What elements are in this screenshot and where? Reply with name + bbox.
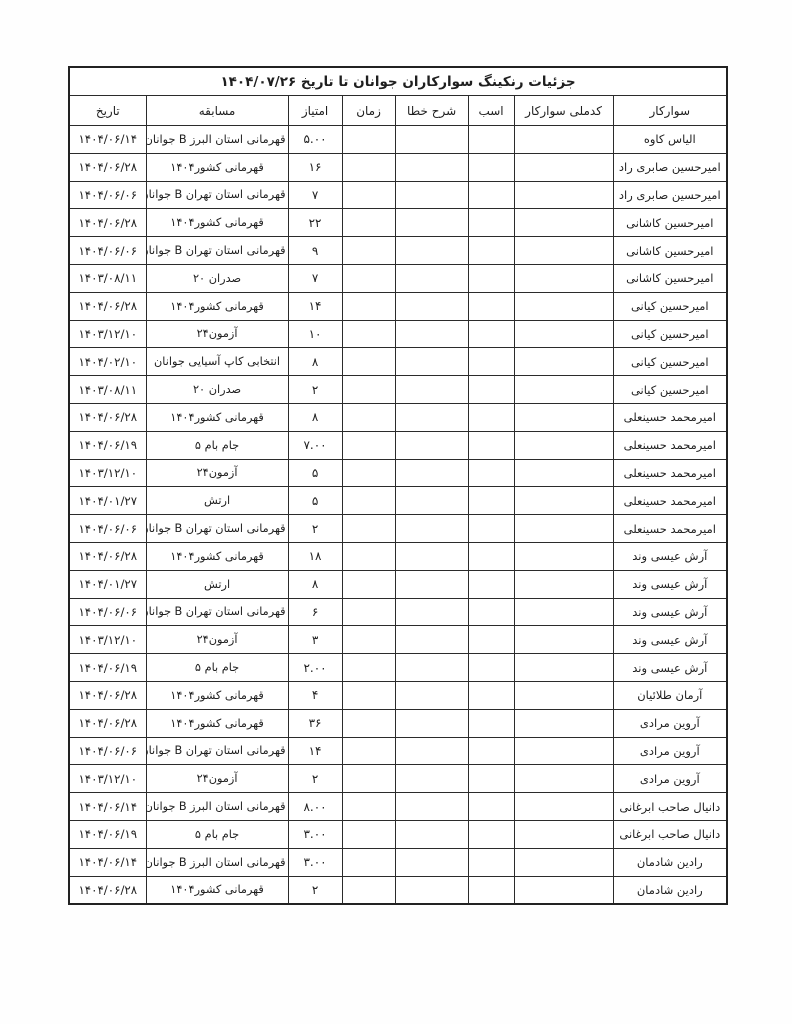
cell-rider: رادین شادمان	[613, 876, 727, 904]
cell-score: ۵	[288, 459, 342, 487]
cell-score: ۸	[288, 348, 342, 376]
cell-fault	[395, 765, 468, 793]
cell-competition: ارتش	[146, 570, 288, 598]
cell-rider: آرش عیسی وند	[613, 598, 727, 626]
cell-date: ۱۴۰۳/۱۲/۱۰	[69, 320, 146, 348]
cell-fault	[395, 264, 468, 292]
cell-time	[342, 237, 395, 265]
cell-national_id	[514, 320, 613, 348]
column-header-time: زمان	[342, 96, 395, 126]
cell-fault	[395, 542, 468, 570]
cell-date: ۱۴۰۴/۰۶/۲۸	[69, 209, 146, 237]
cell-competition: ارتش	[146, 487, 288, 515]
cell-time	[342, 681, 395, 709]
cell-competition: آزمون۲۴	[146, 320, 288, 348]
cell-rider: امیرمحمد حسینعلی	[613, 431, 727, 459]
cell-time	[342, 209, 395, 237]
cell-horse	[468, 709, 514, 737]
cell-competition: قهرمانی کشور۱۴۰۴	[146, 292, 288, 320]
cell-competition: جام بام ۵	[146, 820, 288, 848]
cell-score: ۷	[288, 264, 342, 292]
cell-rider: امیرمحمد حسینعلی	[613, 403, 727, 431]
cell-score: ۴	[288, 681, 342, 709]
cell-score: ۳.۰۰	[288, 820, 342, 848]
cell-competition: قهرمانی استان البرز B جوانان	[146, 848, 288, 876]
cell-fault	[395, 126, 468, 154]
cell-horse	[468, 820, 514, 848]
cell-date: ۱۴۰۳/۱۲/۱۰	[69, 626, 146, 654]
table-row: امیرحسین کاشانی۷صدران ۲۰۱۴۰۳/۰۸/۱۱	[69, 264, 727, 292]
cell-horse	[468, 542, 514, 570]
cell-rider: امیرحسین کیانی	[613, 292, 727, 320]
cell-score: ۳۶	[288, 709, 342, 737]
cell-competition: قهرمانی کشور۱۴۰۴	[146, 709, 288, 737]
cell-time	[342, 820, 395, 848]
cell-horse	[468, 376, 514, 404]
cell-score: ۲.۰۰	[288, 654, 342, 682]
cell-rider: آرش عیسی وند	[613, 626, 727, 654]
cell-competition: آزمون۲۴	[146, 459, 288, 487]
document-page: جزئیات رنکینگ سوارکاران جوانان تا تاریخ …	[0, 0, 792, 1024]
cell-competition: قهرمانی استان تهران B جوانان	[146, 237, 288, 265]
cell-horse	[468, 765, 514, 793]
table-row: رادین شادمان۲قهرمانی کشور۱۴۰۴۱۴۰۴/۰۶/۲۸	[69, 876, 727, 904]
cell-rider: آروین مرادی	[613, 765, 727, 793]
cell-score: ۱۴	[288, 737, 342, 765]
cell-national_id	[514, 487, 613, 515]
table-title: جزئیات رنکینگ سوارکاران جوانان تا تاریخ …	[69, 67, 727, 96]
cell-score: ۷.۰۰	[288, 431, 342, 459]
table-row: آروین مرادی۱۴قهرمانی استان تهران B جوانا…	[69, 737, 727, 765]
cell-score: ۱۸	[288, 542, 342, 570]
cell-time	[342, 848, 395, 876]
cell-rider: الیاس کاوه	[613, 126, 727, 154]
cell-rider: امیرمحمد حسینعلی	[613, 515, 727, 543]
cell-fault	[395, 292, 468, 320]
table-row: امیرحسین کیانی۸انتخابی کاپ آسیایی جوانان…	[69, 348, 727, 376]
cell-national_id	[514, 542, 613, 570]
cell-national_id	[514, 237, 613, 265]
cell-time	[342, 793, 395, 821]
cell-fault	[395, 431, 468, 459]
cell-rider: آرمان طلائیان	[613, 681, 727, 709]
cell-competition: قهرمانی استان تهران B جوانان	[146, 515, 288, 543]
cell-competition: جام بام ۵	[146, 654, 288, 682]
table-row: آرش عیسی وند۸ارتش۱۴۰۴/۰۱/۲۷	[69, 570, 727, 598]
cell-rider: امیرمحمد حسینعلی	[613, 487, 727, 515]
cell-score: ۲	[288, 876, 342, 904]
cell-horse	[468, 487, 514, 515]
cell-national_id	[514, 570, 613, 598]
cell-date: ۱۴۰۴/۰۱/۲۷	[69, 570, 146, 598]
cell-rider: آرش عیسی وند	[613, 542, 727, 570]
cell-date: ۱۴۰۴/۰۲/۱۰	[69, 348, 146, 376]
table-row: آرمان طلائیان۴قهرمانی کشور۱۴۰۴۱۴۰۴/۰۶/۲۸	[69, 681, 727, 709]
cell-fault	[395, 681, 468, 709]
cell-time	[342, 542, 395, 570]
cell-score: ۸	[288, 403, 342, 431]
cell-fault	[395, 709, 468, 737]
cell-horse	[468, 264, 514, 292]
cell-time	[342, 126, 395, 154]
cell-score: ۲	[288, 515, 342, 543]
cell-rider: امیرحسین کاشانی	[613, 209, 727, 237]
cell-time	[342, 515, 395, 543]
cell-competition: قهرمانی کشور۱۴۰۴	[146, 681, 288, 709]
cell-score: ۵	[288, 487, 342, 515]
cell-national_id	[514, 626, 613, 654]
cell-competition: جام بام ۵	[146, 431, 288, 459]
cell-date: ۱۴۰۴/۰۶/۱۹	[69, 431, 146, 459]
cell-time	[342, 876, 395, 904]
cell-fault	[395, 793, 468, 821]
cell-fault	[395, 626, 468, 654]
cell-time	[342, 292, 395, 320]
table-row: امیرحسین صابری راد۷قهرمانی استان تهران B…	[69, 181, 727, 209]
cell-time	[342, 765, 395, 793]
cell-time	[342, 348, 395, 376]
cell-score: ۶	[288, 598, 342, 626]
cell-rider: امیرحسین کیانی	[613, 376, 727, 404]
cell-score: ۸.۰۰	[288, 793, 342, 821]
cell-date: ۱۴۰۴/۰۶/۱۹	[69, 820, 146, 848]
cell-national_id	[514, 403, 613, 431]
cell-fault	[395, 403, 468, 431]
cell-rider: امیرحسین کاشانی	[613, 264, 727, 292]
cell-rider: آرش عیسی وند	[613, 654, 727, 682]
cell-fault	[395, 598, 468, 626]
cell-horse	[468, 793, 514, 821]
cell-time	[342, 403, 395, 431]
cell-horse	[468, 848, 514, 876]
cell-fault	[395, 181, 468, 209]
cell-date: ۱۴۰۴/۰۶/۲۸	[69, 542, 146, 570]
cell-fault	[395, 515, 468, 543]
cell-time	[342, 570, 395, 598]
cell-score: ۲	[288, 376, 342, 404]
column-header-date: تاریخ	[69, 96, 146, 126]
table-row: رادین شادمان۳.۰۰قهرمانی استان البرز B جو…	[69, 848, 727, 876]
cell-date: ۱۴۰۴/۰۶/۰۶	[69, 515, 146, 543]
cell-horse	[468, 209, 514, 237]
cell-date: ۱۴۰۴/۰۶/۲۸	[69, 403, 146, 431]
cell-rider: دانیال صاحب ابرغانی	[613, 820, 727, 848]
table-row: الیاس کاوه۵.۰۰قهرمانی استان البرز B جوان…	[69, 126, 727, 154]
cell-rider: آروین مرادی	[613, 709, 727, 737]
table-row: آروین مرادی۲آزمون۲۴۱۴۰۳/۱۲/۱۰	[69, 765, 727, 793]
cell-rider: امیرحسین صابری راد	[613, 181, 727, 209]
cell-date: ۱۴۰۴/۰۶/۲۸	[69, 681, 146, 709]
cell-horse	[468, 626, 514, 654]
table-row: امیرحسین کاشانی۲۲قهرمانی کشور۱۴۰۴۱۴۰۴/۰۶…	[69, 209, 727, 237]
cell-rider: امیرحسین کیانی	[613, 320, 727, 348]
cell-horse	[468, 237, 514, 265]
cell-score: ۸	[288, 570, 342, 598]
cell-time	[342, 264, 395, 292]
cell-national_id	[514, 598, 613, 626]
cell-score: ۱۰	[288, 320, 342, 348]
column-header-rider: سوارکار	[613, 96, 727, 126]
cell-national_id	[514, 376, 613, 404]
cell-date: ۱۴۰۴/۰۶/۲۸	[69, 709, 146, 737]
cell-competition: قهرمانی کشور۱۴۰۴	[146, 542, 288, 570]
cell-national_id	[514, 793, 613, 821]
cell-horse	[468, 876, 514, 904]
cell-national_id	[514, 264, 613, 292]
cell-rider: امیرحسین کاشانی	[613, 237, 727, 265]
cell-horse	[468, 181, 514, 209]
column-header-score: امتیاز	[288, 96, 342, 126]
cell-competition: قهرمانی کشور۱۴۰۴	[146, 876, 288, 904]
cell-horse	[468, 681, 514, 709]
ranking-table: جزئیات رنکینگ سوارکاران جوانان تا تاریخ …	[68, 66, 728, 905]
cell-fault	[395, 876, 468, 904]
cell-rider: رادین شادمان	[613, 848, 727, 876]
cell-rider: آروین مرادی	[613, 737, 727, 765]
table-row: امیرمحمد حسینعلی۵ارتش۱۴۰۴/۰۱/۲۷	[69, 487, 727, 515]
cell-horse	[468, 598, 514, 626]
cell-horse	[468, 515, 514, 543]
cell-time	[342, 626, 395, 654]
cell-date: ۱۴۰۴/۰۶/۱۴	[69, 126, 146, 154]
cell-time	[342, 376, 395, 404]
cell-horse	[468, 126, 514, 154]
table-row: امیرحسین صابری راد۱۶قهرمانی کشور۱۴۰۴۱۴۰۴…	[69, 153, 727, 181]
cell-rider: آرش عیسی وند	[613, 570, 727, 598]
table-row: آرش عیسی وند۶قهرمانی استان تهران B جوانا…	[69, 598, 727, 626]
cell-date: ۱۴۰۴/۰۶/۱۴	[69, 793, 146, 821]
cell-fault	[395, 237, 468, 265]
cell-fault	[395, 209, 468, 237]
cell-rider: امیرحسین کیانی	[613, 348, 727, 376]
cell-competition: صدران ۲۰	[146, 264, 288, 292]
cell-date: ۱۴۰۴/۰۶/۰۶	[69, 237, 146, 265]
cell-score: ۳	[288, 626, 342, 654]
cell-fault	[395, 737, 468, 765]
cell-competition: قهرمانی کشور۱۴۰۴	[146, 403, 288, 431]
table-row: دانیال صاحب ابرغانی۳.۰۰جام بام ۵۱۴۰۴/۰۶/…	[69, 820, 727, 848]
cell-time	[342, 709, 395, 737]
header-row: سوارکار کدملی سوارکار اسب شرح خطا زمان ا…	[69, 96, 727, 126]
cell-competition: قهرمانی استان تهران B جوانان	[146, 181, 288, 209]
cell-fault	[395, 348, 468, 376]
cell-horse	[468, 320, 514, 348]
cell-date: ۱۴۰۴/۰۶/۱۹	[69, 654, 146, 682]
cell-time	[342, 181, 395, 209]
cell-fault	[395, 654, 468, 682]
cell-fault	[395, 376, 468, 404]
column-header-horse: اسب	[468, 96, 514, 126]
cell-fault	[395, 487, 468, 515]
cell-time	[342, 654, 395, 682]
cell-national_id	[514, 292, 613, 320]
cell-national_id	[514, 681, 613, 709]
cell-horse	[468, 348, 514, 376]
cell-national_id	[514, 709, 613, 737]
table-row: امیرمحمد حسینعلی۸قهرمانی کشور۱۴۰۴۱۴۰۴/۰۶…	[69, 403, 727, 431]
cell-horse	[468, 292, 514, 320]
cell-fault	[395, 570, 468, 598]
cell-national_id	[514, 848, 613, 876]
table-row: امیرحسین کیانی۲صدران ۲۰۱۴۰۳/۰۸/۱۱	[69, 376, 727, 404]
cell-time	[342, 431, 395, 459]
cell-horse	[468, 737, 514, 765]
cell-score: ۳.۰۰	[288, 848, 342, 876]
cell-fault	[395, 153, 468, 181]
cell-score: ۹	[288, 237, 342, 265]
table-body: الیاس کاوه۵.۰۰قهرمانی استان البرز B جوان…	[69, 126, 727, 905]
cell-national_id	[514, 348, 613, 376]
title-row: جزئیات رنکینگ سوارکاران جوانان تا تاریخ …	[69, 67, 727, 96]
cell-time	[342, 153, 395, 181]
cell-competition: آزمون۲۴	[146, 765, 288, 793]
cell-time	[342, 487, 395, 515]
cell-national_id	[514, 515, 613, 543]
table-row: آرش عیسی وند۲.۰۰جام بام ۵۱۴۰۴/۰۶/۱۹	[69, 654, 727, 682]
cell-score: ۲۲	[288, 209, 342, 237]
cell-fault	[395, 848, 468, 876]
cell-fault	[395, 820, 468, 848]
table-row: آرش عیسی وند۳آزمون۲۴۱۴۰۳/۱۲/۱۰	[69, 626, 727, 654]
cell-fault	[395, 320, 468, 348]
cell-date: ۱۴۰۴/۰۱/۲۷	[69, 487, 146, 515]
column-header-national-id: کدملی سوارکار	[514, 96, 613, 126]
cell-rider: امیرحسین صابری راد	[613, 153, 727, 181]
cell-time	[342, 459, 395, 487]
cell-date: ۱۴۰۴/۰۶/۲۸	[69, 876, 146, 904]
cell-competition: قهرمانی کشور۱۴۰۴	[146, 153, 288, 181]
cell-date: ۱۴۰۴/۰۶/۲۸	[69, 153, 146, 181]
cell-date: ۱۴۰۴/۰۶/۲۸	[69, 292, 146, 320]
table-row: امیرحسین کیانی۱۰آزمون۲۴۱۴۰۳/۱۲/۱۰	[69, 320, 727, 348]
cell-national_id	[514, 209, 613, 237]
cell-score: ۷	[288, 181, 342, 209]
cell-national_id	[514, 654, 613, 682]
cell-score: ۱۴	[288, 292, 342, 320]
cell-competition: قهرمانی استان تهران B جوانان	[146, 598, 288, 626]
cell-date: ۱۴۰۴/۰۶/۰۶	[69, 181, 146, 209]
cell-competition: انتخابی کاپ آسیایی جوانان	[146, 348, 288, 376]
cell-national_id	[514, 459, 613, 487]
cell-horse	[468, 459, 514, 487]
table-row: امیرحسین کاشانی۹قهرمانی استان تهران B جو…	[69, 237, 727, 265]
cell-date: ۱۴۰۳/۰۸/۱۱	[69, 376, 146, 404]
cell-rider: امیرمحمد حسینعلی	[613, 459, 727, 487]
cell-date: ۱۴۰۳/۰۸/۱۱	[69, 264, 146, 292]
cell-rider: دانیال صاحب ابرغانی	[613, 793, 727, 821]
cell-date: ۱۴۰۴/۰۶/۰۶	[69, 737, 146, 765]
cell-competition: قهرمانی استان تهران B جوانان	[146, 737, 288, 765]
cell-horse	[468, 431, 514, 459]
table-row: امیرمحمد حسینعلی۵آزمون۲۴۱۴۰۳/۱۲/۱۰	[69, 459, 727, 487]
cell-score: ۵.۰۰	[288, 126, 342, 154]
cell-time	[342, 598, 395, 626]
cell-national_id	[514, 126, 613, 154]
cell-national_id	[514, 153, 613, 181]
table-row: آرش عیسی وند۱۸قهرمانی کشور۱۴۰۴۱۴۰۴/۰۶/۲۸	[69, 542, 727, 570]
cell-competition: قهرمانی استان البرز B جوانان	[146, 793, 288, 821]
column-header-fault: شرح خطا	[395, 96, 468, 126]
cell-horse	[468, 153, 514, 181]
column-header-competition: مسابقه	[146, 96, 288, 126]
table-row: امیرحسین کیانی۱۴قهرمانی کشور۱۴۰۴۱۴۰۴/۰۶/…	[69, 292, 727, 320]
cell-national_id	[514, 181, 613, 209]
cell-date: ۱۴۰۴/۰۶/۱۴	[69, 848, 146, 876]
cell-horse	[468, 403, 514, 431]
cell-date: ۱۴۰۳/۱۲/۱۰	[69, 459, 146, 487]
table-row: دانیال صاحب ابرغانی۸.۰۰قهرمانی استان الب…	[69, 793, 727, 821]
table-row: امیرمحمد حسینعلی۲قهرمانی استان تهران B ج…	[69, 515, 727, 543]
cell-national_id	[514, 876, 613, 904]
cell-national_id	[514, 737, 613, 765]
cell-fault	[395, 459, 468, 487]
cell-competition: قهرمانی استان البرز B جوانان	[146, 126, 288, 154]
cell-competition: قهرمانی کشور۱۴۰۴	[146, 209, 288, 237]
cell-score: ۲	[288, 765, 342, 793]
cell-horse	[468, 570, 514, 598]
cell-date: ۱۴۰۴/۰۶/۰۶	[69, 598, 146, 626]
cell-national_id	[514, 765, 613, 793]
cell-competition: آزمون۲۴	[146, 626, 288, 654]
table-row: آروین مرادی۳۶قهرمانی کشور۱۴۰۴۱۴۰۴/۰۶/۲۸	[69, 709, 727, 737]
cell-score: ۱۶	[288, 153, 342, 181]
cell-time	[342, 320, 395, 348]
cell-time	[342, 737, 395, 765]
cell-competition: صدران ۲۰	[146, 376, 288, 404]
cell-national_id	[514, 431, 613, 459]
cell-horse	[468, 654, 514, 682]
cell-national_id	[514, 820, 613, 848]
table-row: امیرمحمد حسینعلی۷.۰۰جام بام ۵۱۴۰۴/۰۶/۱۹	[69, 431, 727, 459]
cell-date: ۱۴۰۳/۱۲/۱۰	[69, 765, 146, 793]
